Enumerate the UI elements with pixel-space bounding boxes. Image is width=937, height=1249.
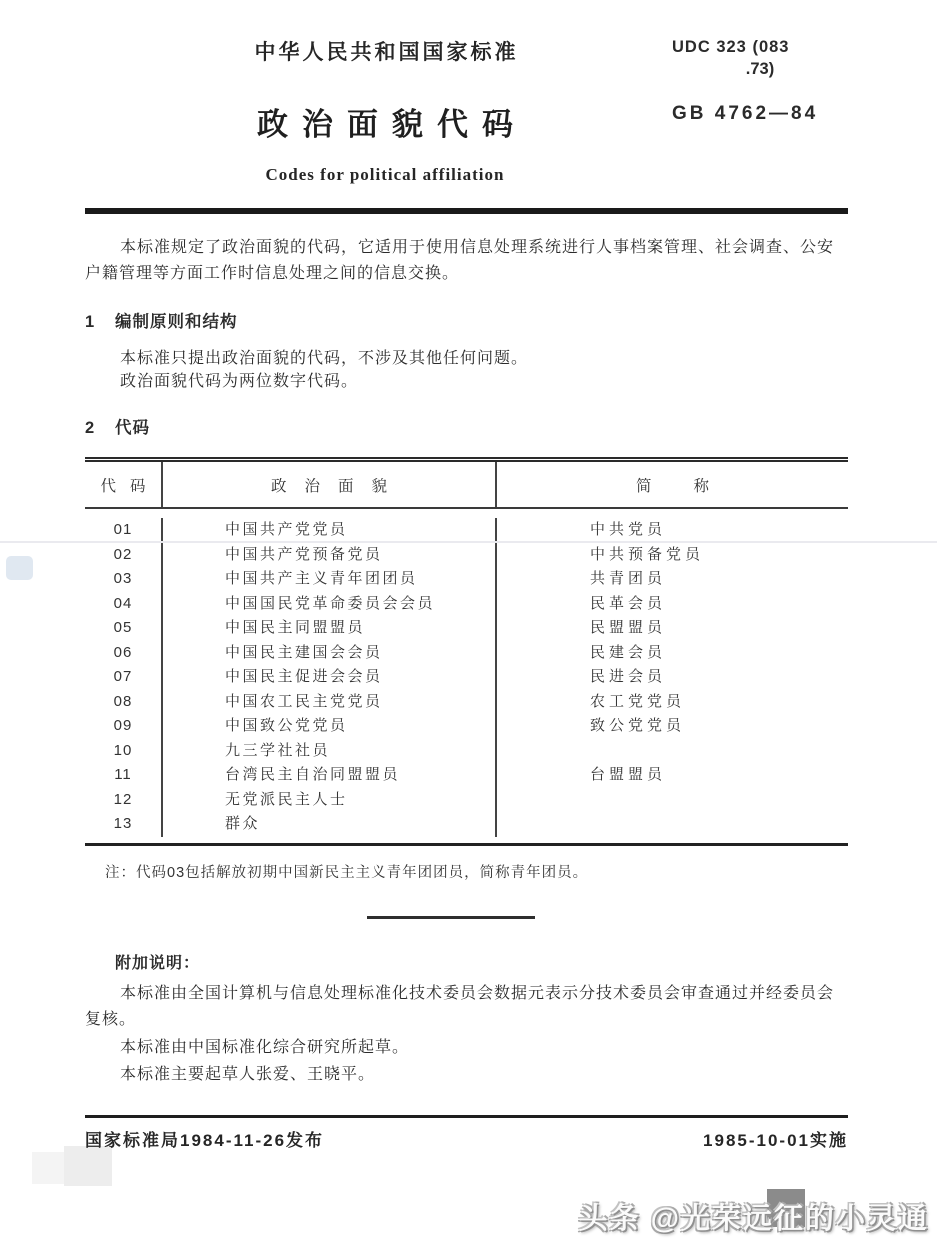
- header-center-block: 中华人民共和国国家标准 政治面貌代码 Codes for political a…: [85, 36, 685, 185]
- table-cell-affiliation: 无党派民主人士: [163, 788, 497, 813]
- standard-number: GB 4762—84: [672, 103, 848, 125]
- table-cell-abbreviation: 民革会员: [497, 592, 848, 617]
- table-cell-code: 07: [85, 665, 163, 690]
- table-cell-affiliation: 中国致公党党员: [163, 714, 497, 739]
- table-cell-code: 04: [85, 592, 163, 617]
- table-cell-abbreviation: 民盟盟员: [497, 616, 848, 641]
- section-1-title: 编制原则和结构: [115, 313, 238, 331]
- table-cell-abbreviation: 致公党党员: [497, 714, 848, 739]
- table-cell-affiliation: 中国农工民主党党员: [163, 690, 497, 715]
- additional-notes-para-3: 本标准主要起草人张爱、王晓平。: [85, 1062, 848, 1087]
- section-end-divider: [367, 916, 535, 919]
- table-cell-code: 09: [85, 714, 163, 739]
- table-cell-abbreviation: [497, 739, 848, 764]
- watermark: 头条 @光荣远征的小灵通: [579, 1196, 929, 1237]
- table-cell-code: 11: [85, 763, 163, 788]
- table-cell-affiliation: 九三学社社员: [163, 739, 497, 764]
- additional-notes-para-2: 本标准由中国标准化综合研究所起草。: [85, 1035, 848, 1060]
- table-cell-abbreviation: 中共党员: [497, 518, 848, 543]
- section-1-heading: 1编制原则和结构: [85, 308, 848, 332]
- table-cell-affiliation: 中国民主同盟盟员: [163, 616, 497, 641]
- table-cell-abbreviation: [497, 788, 848, 813]
- table-cell-affiliation: 中国共产主义青年团团员: [163, 567, 497, 592]
- table-cell-affiliation: 中国共产党预备党员: [163, 543, 497, 568]
- document-title-cn: 政治面貌代码: [85, 99, 685, 144]
- scope-paragraph: 本标准规定了政治面貌的代码，它适用于使用信息处理系统进行人事档案管理、社会调查、…: [85, 235, 848, 287]
- column-header-abbreviation: 简称: [497, 462, 848, 507]
- table-cell-abbreviation: 中共预备党员: [497, 543, 848, 568]
- section-1-line-1: 本标准只提出政治面貌的代码，不涉及其他任何问题。: [85, 347, 848, 370]
- document-header: 中华人民共和国国家标准 政治面貌代码 Codes for political a…: [0, 0, 937, 208]
- national-standard-label: 中华人民共和国国家标准: [85, 36, 685, 66]
- table-cell-affiliation: 群众: [163, 812, 497, 837]
- table-note: 注：代码03包括解放初期中国新民主主义青年团团员，简称青年团员。: [105, 861, 848, 882]
- table-cell-code: 08: [85, 690, 163, 715]
- table-cell-code: 13: [85, 812, 163, 837]
- udc-classification: UDC 323 (083: [672, 38, 848, 57]
- column-header-affiliation: 政治面貌: [163, 462, 497, 507]
- table-cell-code: 02: [85, 543, 163, 568]
- code-table-header-row: 代码 政治面貌 简称: [85, 462, 848, 509]
- footer-divider-rule: [85, 1115, 848, 1118]
- table-cell-abbreviation: 农工党党员: [497, 690, 848, 715]
- table-cell-code: 10: [85, 739, 163, 764]
- table-cell-code: 05: [85, 616, 163, 641]
- section-1-number: 1: [85, 313, 115, 332]
- table-cell-code: 06: [85, 641, 163, 666]
- table-cell-code: 12: [85, 788, 163, 813]
- table-cell-abbreviation: [497, 812, 848, 837]
- section-2-heading: 2代码: [85, 414, 848, 438]
- table-cell-code: 03: [85, 567, 163, 592]
- table-cell-abbreviation: 民建会员: [497, 641, 848, 666]
- code-table: 代码 政治面貌 简称 01 中国共产党党员 中共党员 02 中国共产党预备党员 …: [85, 457, 848, 846]
- footer: 国家标准局1984-11-26发布 1985-10-01实施: [85, 1126, 848, 1151]
- footer-implemented-date: 1985-10-01实施: [703, 1126, 848, 1151]
- section-1-line-2: 政治面貌代码为两位数字代码。: [85, 370, 848, 393]
- code-table-body: 01 中国共产党党员 中共党员 02 中国共产党预备党员 中共预备党员 03 中…: [85, 509, 848, 843]
- additional-notes: 附加说明： 本标准由全国计算机与信息处理标准化技术委员会数据元表示分技术委员会审…: [0, 950, 937, 1087]
- watermark-text: 头条 @光荣远征的小灵通: [579, 1203, 929, 1235]
- table-cell-affiliation: 中国民主建国会会员: [163, 641, 497, 666]
- table-cell-abbreviation: 民进会员: [497, 665, 848, 690]
- udc-classification-continued: .73): [672, 60, 848, 79]
- additional-notes-heading: 附加说明：: [115, 950, 848, 973]
- table-cell-code: 01: [85, 518, 163, 543]
- table-cell-abbreviation: 台盟盟员: [497, 763, 848, 788]
- footer-issued-date: 国家标准局1984-11-26发布: [85, 1126, 324, 1151]
- table-cell-affiliation: 中国民主促进会会员: [163, 665, 497, 690]
- scan-smudge-bottom-left-2: [32, 1152, 64, 1184]
- column-header-code: 代码: [85, 462, 163, 507]
- scan-smudge-bottom-left: [64, 1146, 112, 1186]
- table-cell-abbreviation: 共青团员: [497, 567, 848, 592]
- header-divider-rule: [85, 208, 848, 214]
- document-title-en: Codes for political affiliation: [85, 165, 685, 185]
- header-right-block: UDC 323 (083 .73) GB 4762—84: [672, 38, 848, 125]
- scan-smudge-left: [6, 556, 33, 580]
- section-2-title: 代码: [115, 419, 150, 437]
- table-cell-affiliation: 中国国民党革命委员会会员: [163, 592, 497, 617]
- additional-notes-para-1: 本标准由全国计算机与信息处理标准化技术委员会数据元表示分技术委员会审查通过并经委…: [85, 981, 848, 1033]
- section-2-number: 2: [85, 419, 115, 438]
- table-cell-affiliation: 中国共产党党员: [163, 518, 497, 543]
- table-cell-affiliation: 台湾民主自治同盟盟员: [163, 763, 497, 788]
- scan-fold-artifact: [0, 541, 937, 543]
- document-page: 中华人民共和国国家标准 政治面貌代码 Codes for political a…: [0, 0, 937, 1249]
